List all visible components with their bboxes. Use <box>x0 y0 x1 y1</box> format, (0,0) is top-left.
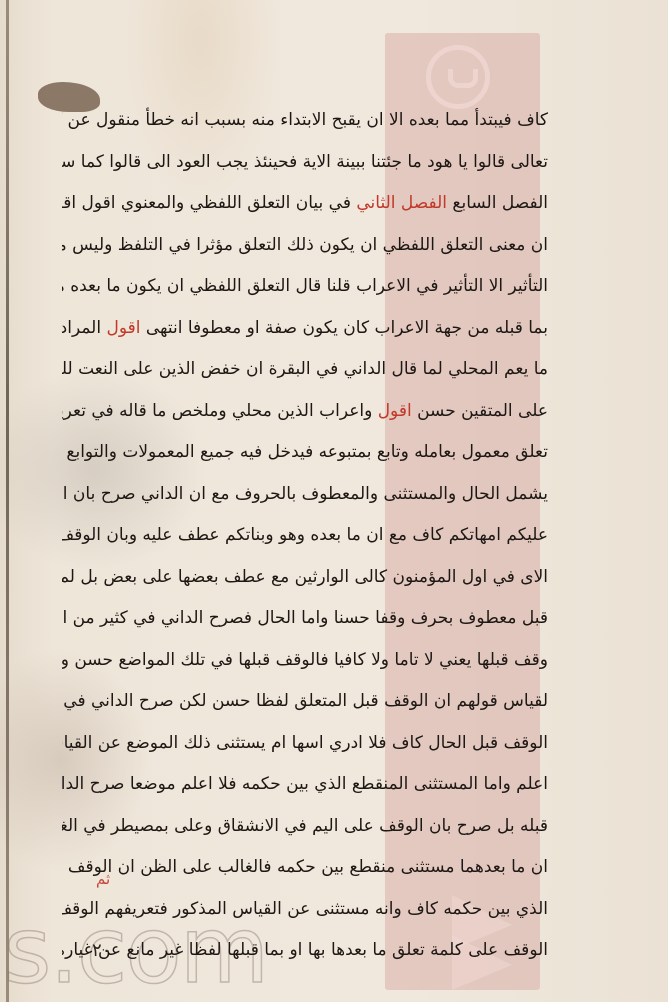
rubric-aqulu: اقول <box>107 318 141 338</box>
rubric-aqulu: اقول <box>378 401 412 421</box>
text-line: الاى في اول المؤمنون كالى الوارثين مع عط… <box>62 557 548 599</box>
text-line: تعلق معمول بعامله وتابع بمتبوعه فيدخل في… <box>62 432 548 474</box>
text-line: ان ما بعدهما مستثنى منقطع بين حكمه فالغا… <box>62 847 548 889</box>
text-line: عليكم امهاتكم كاف مع ان ما بعده وهو وبنا… <box>62 515 548 557</box>
folio-mark: ٢٠ <box>92 940 111 961</box>
text-line: اعلم واما المستثنى المنقطع الذي بين حكمه… <box>62 764 548 806</box>
text-line: كاف فيبتدأ مما بعده الا ان يقبح الابتداء… <box>62 100 548 142</box>
text-line-heading: الفصل السابع الفصل الثاني في بيان التعلق… <box>62 183 548 225</box>
text-line: ان معنى التعلق اللفظي ان يكون ذلك التعلق… <box>62 225 548 267</box>
catchword: ثم <box>96 870 110 888</box>
manuscript-text: كاف فيبتدأ مما بعده الا ان يقبح الابتداء… <box>62 100 548 972</box>
text-line: الوقف على كلمة تعلق ما بعدها بها او بما … <box>62 930 548 972</box>
text-line: يشمل الحال والمستثنى والمعطوف بالحروف مع… <box>62 474 548 516</box>
binding-edge <box>6 0 9 1002</box>
text-line: وقف قبلها يعني لا تاما ولا كافيا فالوقف … <box>62 640 548 682</box>
text-line: بما قبله من جهة الاعراب كان يكون صفة او … <box>62 308 548 350</box>
text-line: الذي بين حكمه كاف وانه مستثنى عن القياس … <box>62 889 548 931</box>
manuscript-page: ıs.com كاف فيبتدأ مما بعده الا ان يقبح ا… <box>0 0 668 1002</box>
text-line: قبله بل صرح بان الوقف على اليم في الانشق… <box>62 806 548 848</box>
text-line: على المتقين حسن اقول واعراب الذين محلي و… <box>62 391 548 433</box>
text-line: الوقف قبل الحال كاف فلا ادري اسها ام يست… <box>62 723 548 765</box>
text-line: التأثير الا التأثير في الاعراب قلنا قال … <box>62 266 548 308</box>
text-line: قبل معطوف بحرف وقفا حسنا واما الحال فصرح… <box>62 598 548 640</box>
text-line: ما يعم المحلي لما قال الداني في البقرة ا… <box>62 349 548 391</box>
text-line: تعالى قالوا يا هود ما جئتنا ببينة الاية … <box>62 142 548 184</box>
text-line: لقياس قولهم ان الوقف قبل المتعلق لفظا حس… <box>62 681 548 723</box>
rubric-heading: الفصل الثاني <box>356 193 447 213</box>
